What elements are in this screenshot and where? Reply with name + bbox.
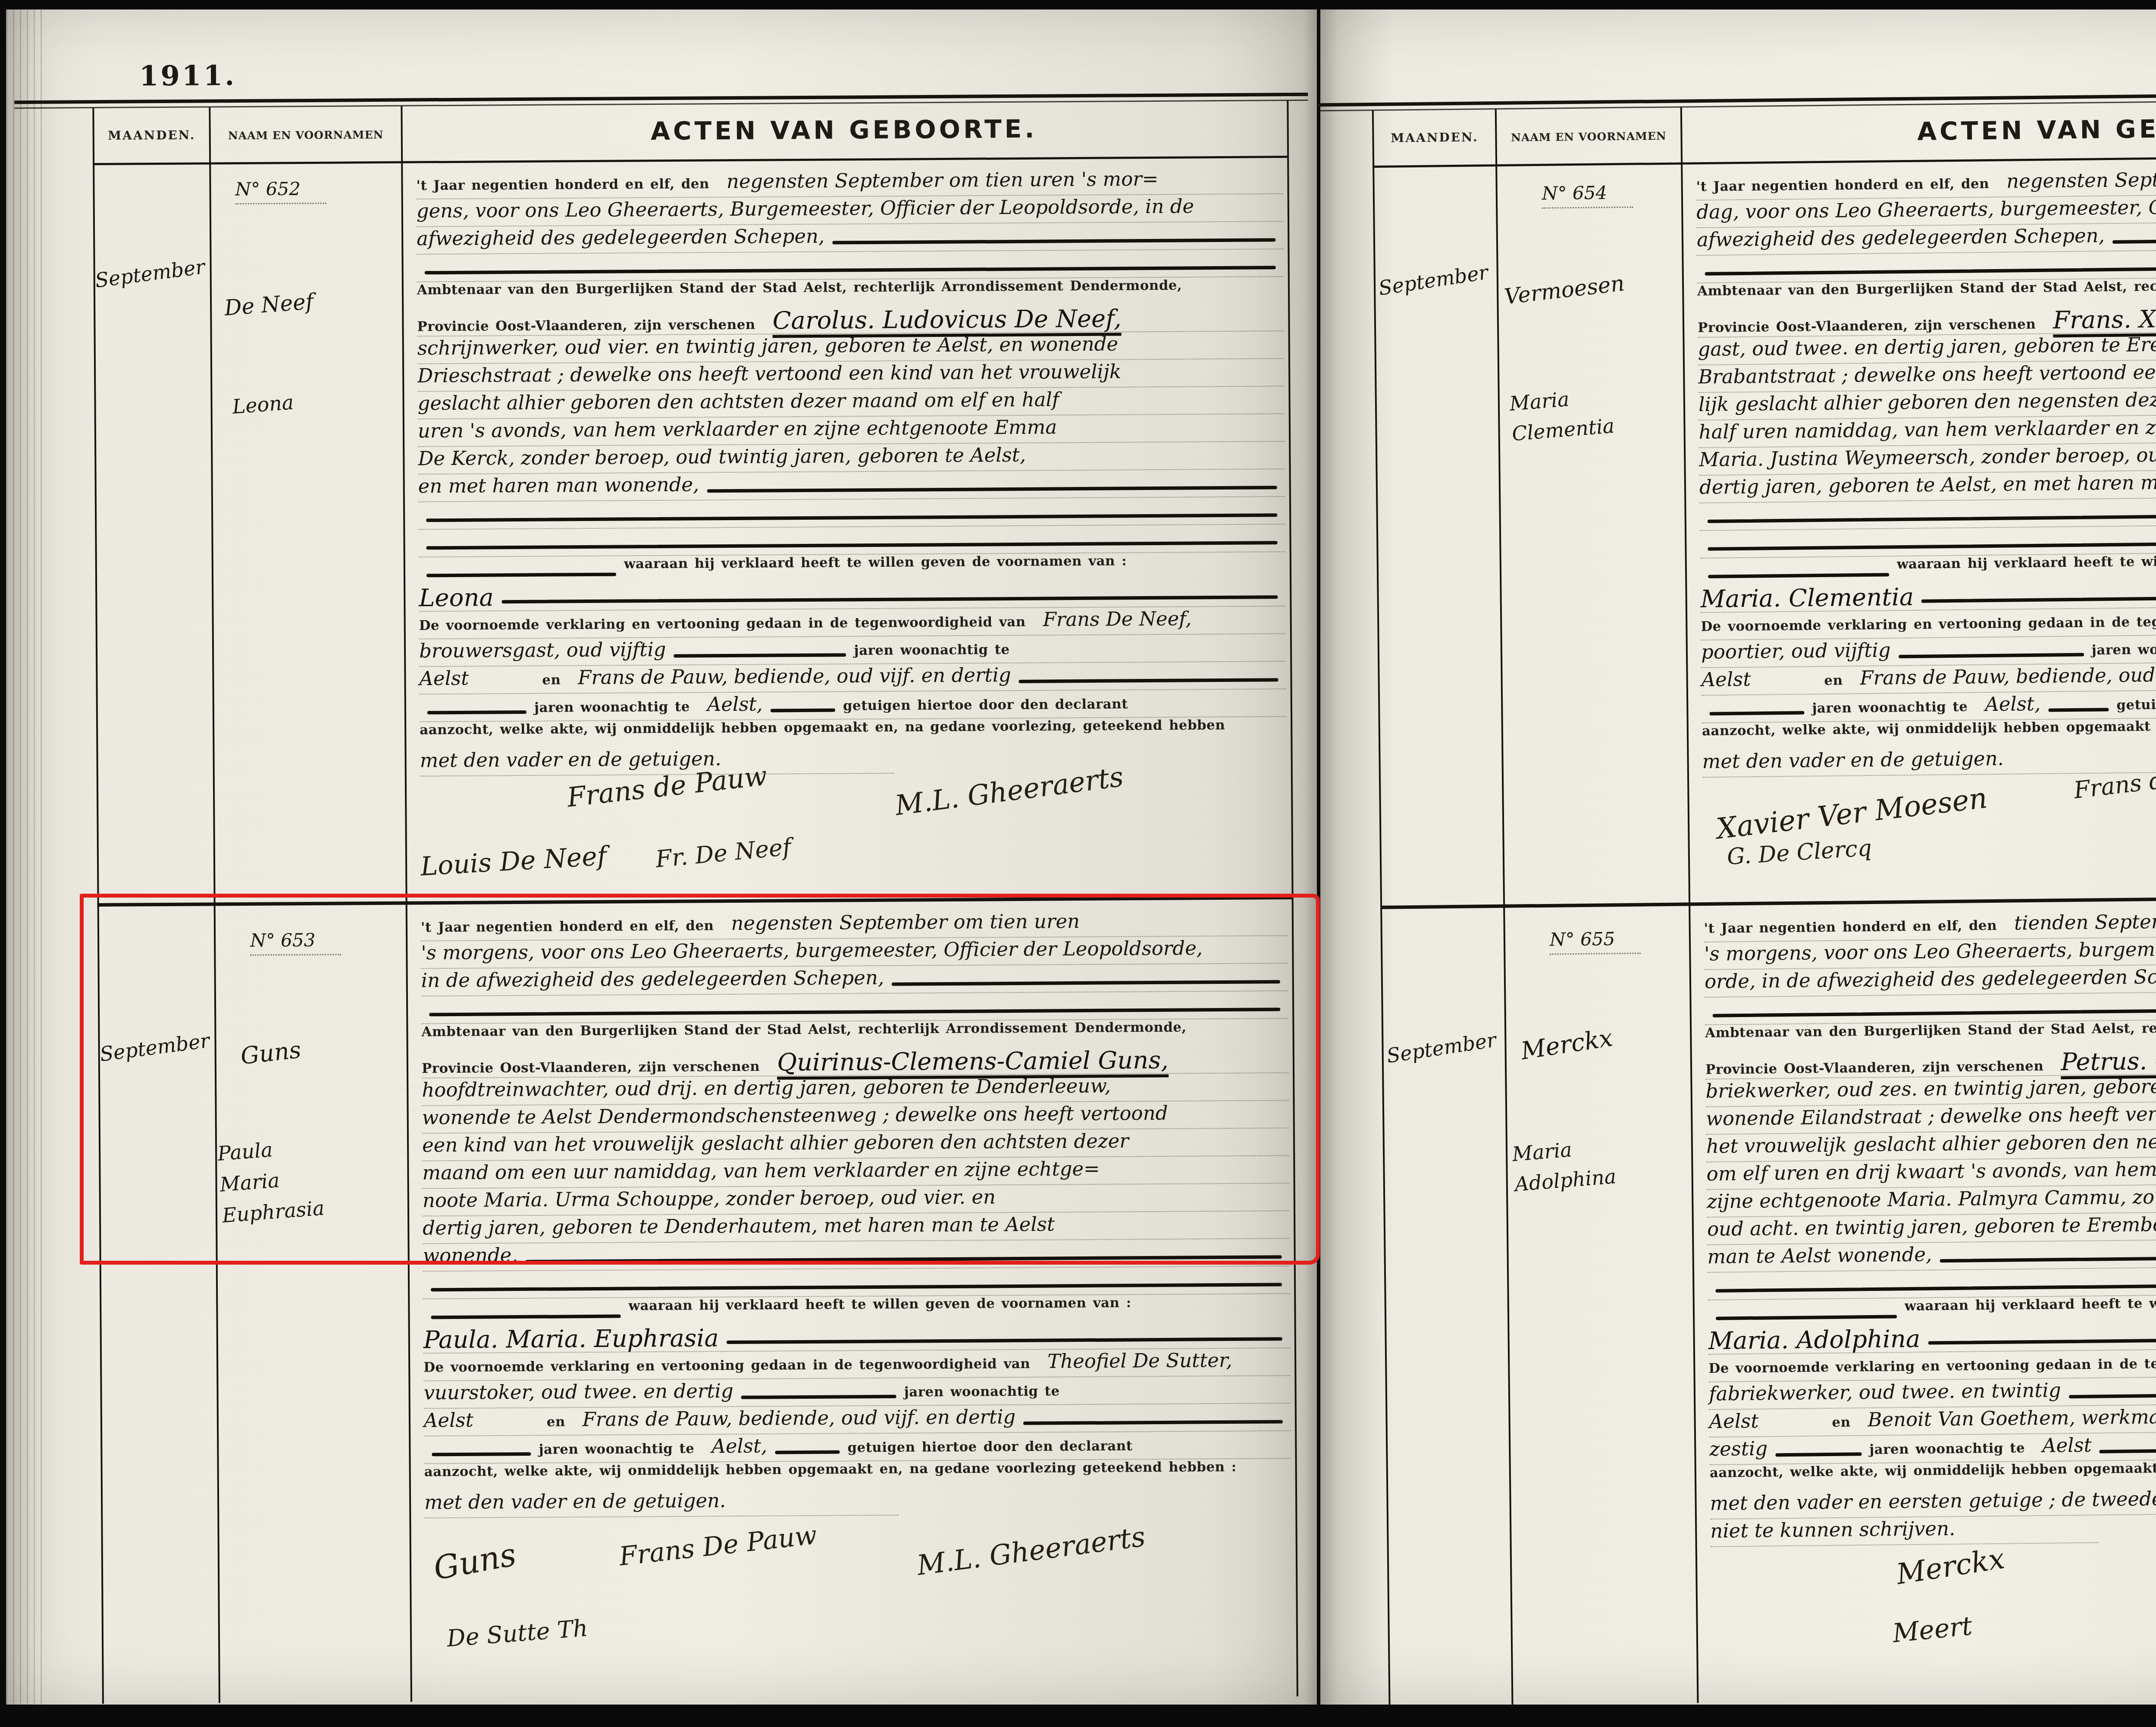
ruled-strike bbox=[1023, 1420, 1283, 1425]
act-line bbox=[418, 524, 1285, 557]
declarant-name: Petrus. Gabriël Merckx, bbox=[2061, 1045, 2156, 1079]
act-line: uren 's avonds, van hem verklaarder en z… bbox=[418, 414, 1285, 447]
ruled-strike bbox=[1713, 1005, 2156, 1017]
column-header-months: MAANDEN. bbox=[1372, 130, 1497, 145]
act-line: afwezigheid des gedelegeerden Schepen, bbox=[417, 222, 1283, 254]
act-line: schrijnwerker, oud vier. en twintig jare… bbox=[417, 331, 1284, 364]
handwritten-text: geslacht alhier geboren den achtsten dez… bbox=[417, 388, 1059, 414]
printed-text: De voornoemde verklaring en vertooning g… bbox=[1701, 612, 2156, 634]
ruled-strike bbox=[1705, 264, 2156, 276]
ruled-strike bbox=[2048, 708, 2109, 712]
table-rule bbox=[1373, 154, 2156, 168]
ruled-strike bbox=[1709, 711, 1804, 716]
highlight-box bbox=[80, 894, 1320, 1265]
ruled-strike bbox=[432, 1452, 531, 1456]
act-line bbox=[418, 497, 1285, 530]
act-line: AelstenFrans de Pauw, bediende, oud vijf… bbox=[424, 1404, 1291, 1436]
act-line: jaren woonachtig teAelst,getuigen hierto… bbox=[424, 1431, 1291, 1464]
ruled-strike bbox=[431, 1315, 620, 1319]
residence-value: Aelst, bbox=[707, 693, 763, 716]
handwritten-text: afwezigheid des gedelegeerden Schepen, bbox=[417, 225, 824, 250]
printed-text: en bbox=[542, 672, 561, 688]
right-page-content: 1911. 166 M MAANDEN. NAAM EN VOORNAMEN A… bbox=[1312, 3, 2156, 1711]
signature: M.L. Gheeraerts bbox=[893, 761, 1125, 822]
ruled-strike bbox=[1940, 1253, 2156, 1262]
act-line: 't Jaar negentien honderd en elf, dentie… bbox=[1704, 906, 2156, 942]
printed-text: jaren woonachtig te bbox=[854, 642, 1009, 658]
residence-value: Aelst bbox=[1701, 668, 1751, 691]
signature: De Sutte Th bbox=[446, 1614, 589, 1652]
printed-text: jaren woonachtig te bbox=[539, 1441, 694, 1457]
act-line: Paula. Maria. Euphrasia bbox=[423, 1321, 1290, 1353]
residence-value: Aelst bbox=[419, 667, 469, 690]
printed-text: jaren woonachtig te bbox=[534, 699, 690, 716]
handwritten-text: negensten September om tien uren 's mor= bbox=[727, 167, 1159, 193]
act-line bbox=[423, 1266, 1290, 1299]
month-label: September bbox=[1385, 1028, 1498, 1068]
handwritten-text: afwezigheid des gedelegeerden Schepen, bbox=[1697, 224, 2105, 251]
handwritten-text: gens, voor ons Leo Gheeraerts, Burgemees… bbox=[417, 195, 1194, 222]
ruled-strike bbox=[2112, 236, 2156, 244]
act-number: N° 654 bbox=[1542, 182, 1633, 209]
act-line: Provincie Oost-Vlaanderen, zijn verschen… bbox=[417, 304, 1284, 336]
table-rule bbox=[14, 93, 1308, 104]
ruled-strike bbox=[1899, 653, 2084, 659]
printed-text: Provincie Oost-Vlaanderen, zijn verschen… bbox=[417, 317, 755, 335]
ruled-strike bbox=[1775, 1452, 1861, 1457]
givenname-label: Leona bbox=[232, 390, 295, 418]
printed-text: en bbox=[1832, 1415, 1850, 1430]
handwritten-text: en met haren man wonende, bbox=[418, 473, 699, 497]
act-line: Leona bbox=[419, 579, 1285, 612]
ruled-strike bbox=[832, 238, 1275, 244]
printed-text: 't Jaar negentien honderd en elf, den bbox=[416, 176, 709, 193]
witness-name: Benoit Van Goethem, werkman, oud vier. e… bbox=[1868, 1404, 2156, 1432]
handwritten-text: niet te kunnen schrijven. bbox=[1710, 1517, 1955, 1542]
handwritten-text: poortier, oud vijftig bbox=[1701, 638, 1891, 663]
left-page: 1911. MAANDEN. NAAM EN VOORNAMEN ACTEN V… bbox=[6, 9, 1317, 1705]
right-page: 1911. 166 M MAANDEN. NAAM EN VOORNAMEN A… bbox=[1320, 9, 2156, 1705]
handwritten-text: De Kerck, zonder beroep, oud twintig jar… bbox=[418, 443, 1026, 470]
table-rule bbox=[93, 156, 1287, 165]
ruled-strike bbox=[1708, 511, 2156, 523]
month-label: September bbox=[94, 255, 206, 292]
printed-text: getuigen hiertoe door den declarant bbox=[2116, 694, 2156, 713]
printed-text: waaraan hij verklaard heeft te willen ge… bbox=[624, 553, 1127, 571]
handwritten-text: zestig bbox=[1709, 1437, 1767, 1460]
handwritten-text: tienden September om negen uren bbox=[2014, 908, 2156, 934]
residence-value: Aelst bbox=[1709, 1410, 1758, 1433]
ruled-strike bbox=[707, 486, 1277, 493]
handwritten-text: man te Aelst wonende, bbox=[1707, 1243, 1932, 1268]
ruled-strike bbox=[1716, 1315, 1897, 1320]
ruled-strike bbox=[1019, 678, 1279, 683]
residence-value: Aelst bbox=[424, 1409, 473, 1432]
printed-text: De voornoemde verklaring en vertooning g… bbox=[419, 614, 1026, 634]
witness-name: Theofiel De Sutter, bbox=[1047, 1349, 1232, 1373]
givenname-label: Maria Clementia bbox=[1508, 380, 1616, 449]
ruled-strike bbox=[426, 513, 1277, 522]
printed-text: jaren woonachtig te bbox=[904, 1383, 1060, 1400]
ruled-strike bbox=[1928, 1335, 2156, 1345]
column-header-months: MAANDEN. bbox=[93, 128, 211, 143]
voornamen-value: Leona bbox=[419, 584, 494, 612]
ruled-strike bbox=[674, 653, 846, 657]
ruled-strike bbox=[427, 710, 526, 714]
witness-name: Frans de Pauw, bediende, oud vijf. en de… bbox=[1860, 662, 2156, 690]
printed-text: 't Jaar negentien honderd en elf, den bbox=[1696, 176, 1990, 195]
act-line: en met haren man wonende, bbox=[418, 469, 1285, 502]
column-header-names: NAAM EN VOORNAMEN bbox=[209, 129, 403, 142]
handwritten-text: schrijnwerker, oud vier. en twintig jare… bbox=[417, 333, 1119, 360]
ruled-strike bbox=[2100, 1449, 2156, 1453]
act-line: brouwersgast, oud vijftigjaren woonachti… bbox=[419, 634, 1286, 667]
ruled-strike bbox=[1708, 573, 1889, 578]
handwritten-text: vuurstoker, oud twee. en dertig bbox=[423, 1379, 733, 1404]
surname-label: Vermoesen bbox=[1503, 270, 1626, 309]
register-scan: 1911. MAANDEN. NAAM EN VOORNAMEN ACTEN V… bbox=[0, 0, 2156, 1727]
act-line: 't Jaar negentien honderd en elf, denneg… bbox=[1696, 164, 2156, 201]
ruled-strike bbox=[426, 541, 1278, 549]
ruled-strike bbox=[501, 595, 1278, 603]
signature: M.L. Gheeraerts bbox=[915, 1521, 1147, 1582]
signature: Meert bbox=[1891, 1611, 1974, 1649]
act-line: vuurstoker, oud twee. en dertigjaren woo… bbox=[423, 1376, 1290, 1409]
act-number: N° 652 bbox=[235, 178, 326, 204]
printed-text: jaren woonachtig te bbox=[2091, 641, 2156, 658]
printed-text: Provincie Oost-Vlaanderen, zijn verschen… bbox=[1698, 317, 2036, 336]
handwritten-text: met den vader en de getuigen. bbox=[424, 1489, 726, 1513]
residence-value: Aelst bbox=[2042, 1434, 2092, 1457]
surname-label: De Neef bbox=[223, 289, 314, 321]
act-line: niet te kunnen schrijven. bbox=[1710, 1516, 2099, 1547]
printed-text: getuigen hiertoe door den declarant bbox=[847, 1438, 1132, 1455]
act-line: 't Jaar negentien honderd en elf, denneg… bbox=[416, 166, 1283, 199]
act-line: De Kerck, zonder beroep, oud twintig jar… bbox=[418, 442, 1285, 474]
handwritten-text: brouwersgast, oud vijftig bbox=[419, 638, 666, 662]
act-line: AelstenFrans de Pauw, bediende, oud vijf… bbox=[419, 662, 1286, 694]
page-title: ACTEN VAN GEBOORTE. bbox=[401, 113, 1287, 148]
witness-name: Frans de Pauw, bediende, oud vijf. en de… bbox=[583, 1405, 1016, 1431]
printed-text: Provincie Oost-Vlaanderen, zijn verschen… bbox=[1705, 1058, 2044, 1077]
signature: Guns bbox=[431, 1536, 519, 1587]
act-line: met den vader en de getuigen. bbox=[424, 1488, 899, 1519]
table-rule bbox=[1318, 90, 2156, 107]
page-title: ACTEN VAN GEBOORTE. bbox=[1680, 110, 2156, 149]
declarant-name: Frans. Xaveer Vermoesen, bbox=[2053, 303, 2156, 338]
signature: Louis De Neef bbox=[420, 841, 607, 882]
signature: Frans De Pauw bbox=[617, 1520, 818, 1572]
act-number: N° 655 bbox=[1550, 928, 1641, 955]
act-line: De voornoemde verklaring en vertooning g… bbox=[419, 606, 1286, 639]
handwritten-text: met den vader en de getuigen. bbox=[420, 747, 721, 772]
year-heading-left: 1911. bbox=[139, 60, 237, 92]
givenname-label: Maria Adolphina bbox=[1511, 1131, 1617, 1199]
ruled-strike bbox=[426, 573, 616, 578]
printed-text: jaren woonachtig te bbox=[1812, 699, 1968, 716]
printed-text: waaraan hij verklaard heeft te willen ge… bbox=[628, 1295, 1131, 1313]
handwritten-text: uren 's avonds, van hem verklaarder en z… bbox=[418, 415, 1057, 442]
handwritten-text: Drieschstraat ; dewelke ons heeft vertoo… bbox=[417, 360, 1121, 387]
printed-text: De voornoemde verklaring en vertooning g… bbox=[423, 1356, 1030, 1375]
ruled-strike bbox=[727, 1337, 1282, 1344]
handwritten-text: met den vader en de getuigen. bbox=[1702, 747, 2004, 773]
signature: Fr. De Neef bbox=[655, 833, 793, 873]
ruled-strike bbox=[771, 709, 835, 713]
ruled-strike bbox=[1921, 593, 2156, 603]
ruled-strike bbox=[1715, 1281, 2156, 1293]
ruled-strike bbox=[741, 1395, 896, 1399]
voornamen-value: Maria. Adolphina bbox=[1708, 1325, 1920, 1355]
voornamen-value: Paula. Maria. Euphrasia bbox=[423, 1324, 719, 1354]
column-header-names: NAAM EN VOORNAMEN bbox=[1495, 129, 1682, 144]
handwritten-text: negensten September om vier uren namid= bbox=[2006, 165, 2156, 192]
act-line: met den vader en de getuigen. bbox=[1702, 745, 2156, 778]
act-line: aanzocht, welke akte, wij onmiddelijk he… bbox=[424, 1459, 1291, 1491]
ruled-strike bbox=[1708, 539, 2156, 551]
act-line: jaren woonachtig teAelst,getuigen hierto… bbox=[420, 689, 1286, 722]
printed-text: en bbox=[547, 1414, 565, 1429]
act-line bbox=[417, 249, 1283, 282]
entry-655: 't Jaar negentien honderd en elf, dentie… bbox=[1704, 906, 2156, 1696]
witness-name: Frans De Neef, bbox=[1043, 607, 1191, 631]
printed-text: De voornoemde verklaring en vertooning g… bbox=[1708, 1354, 2156, 1376]
voornamen-value: Maria. Clementia bbox=[1700, 583, 1914, 613]
printed-text: en bbox=[1824, 673, 1843, 688]
printed-text: 't Jaar negentien honderd en elf, den bbox=[1704, 918, 1997, 936]
residence-value: Aelst, bbox=[711, 1435, 767, 1458]
ruled-strike bbox=[775, 1451, 840, 1454]
month-label: September bbox=[1377, 261, 1489, 300]
act-line: Drieschstraat ; dewelke ons heeft vertoo… bbox=[417, 359, 1284, 392]
act-line: geslacht alhier geboren den achtsten dez… bbox=[417, 386, 1284, 419]
residence-value: Aelst, bbox=[1985, 692, 2041, 716]
entry-654: 't Jaar negentien honderd en elf, denneg… bbox=[1696, 164, 2156, 902]
ruled-strike bbox=[425, 266, 1276, 274]
act-line: aanzocht, welke akte, wij onmiddelijk he… bbox=[420, 717, 1286, 749]
signature: Merckx bbox=[1894, 1542, 2007, 1591]
witness-name: Frans de Pauw, bediende, oud vijf. en de… bbox=[578, 663, 1011, 689]
printed-text: jaren woonachtig te bbox=[1869, 1440, 2025, 1457]
surname-label: Merckx bbox=[1519, 1024, 1614, 1065]
printed-text: getuigen hiertoe door den declarant bbox=[843, 696, 1128, 713]
ruled-strike bbox=[431, 1283, 1282, 1291]
handwritten-text: fabriekwerker, oud twee. en twintig bbox=[1709, 1378, 2061, 1405]
ruled-strike bbox=[2069, 1394, 2156, 1398]
left-page-content: 1911. MAANDEN. NAAM EN VOORNAMEN ACTEN V… bbox=[1, 6, 1322, 1708]
entry-652: 't Jaar negentien honderd en elf, denneg… bbox=[416, 166, 1287, 901]
